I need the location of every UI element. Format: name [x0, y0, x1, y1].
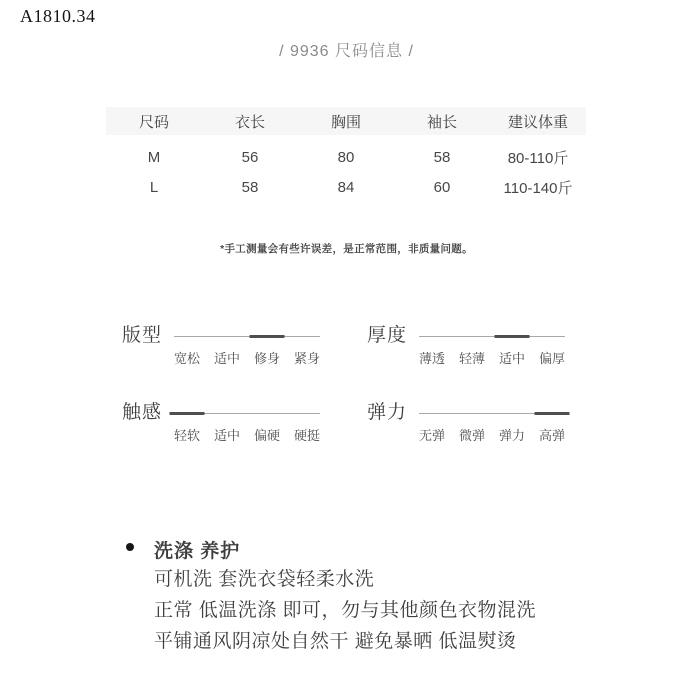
slider-options: 无弹 微弹 弹力 高弹: [419, 425, 565, 444]
attribute-slider: 薄透 轻薄 适中 偏厚: [419, 325, 565, 367]
col-header-weight: 建议体重: [490, 111, 586, 132]
slider-track: [174, 412, 320, 415]
cell-weight: 80-110斤: [490, 147, 586, 168]
care-section-title: 洗涤 养护: [154, 536, 240, 563]
product-info-sheet: A1810.34 / 9936 尺码信息 / 尺码 衣长 胸围 袖长 建议体重 …: [0, 0, 693, 680]
attribute-fit: 版型 宽松 适中 修身 紧身: [122, 325, 320, 367]
size-table-header-row: 尺码 衣长 胸围 袖长 建议体重: [106, 107, 586, 135]
slider-option: 微弹: [459, 425, 485, 444]
slider-option: 薄透: [419, 348, 445, 367]
slider-active-segment: [495, 335, 530, 338]
product-code: A1810.34: [20, 6, 96, 27]
attribute-slider: 无弹 微弹 弹力 高弹: [419, 402, 565, 444]
cell-size: M: [106, 149, 202, 166]
cell-bust: 84: [298, 179, 394, 196]
page-title: / 9936 尺码信息 /: [0, 38, 693, 61]
attribute-elasticity: 弹力 无弹 微弹 弹力 高弹: [367, 402, 565, 444]
cell-sleeve: 58: [394, 149, 490, 166]
bullet-icon: [126, 543, 134, 551]
slider-option: 无弹: [419, 425, 445, 444]
attribute-thickness: 厚度 薄透 轻薄 适中 偏厚: [367, 325, 565, 367]
slider-option: 修身: [254, 348, 280, 367]
care-instructions: 可机洗 套洗衣袋轻柔水洗 正常 低温洗涤 即可，勿与其他颜色衣物混洗 平铺通风阴…: [154, 564, 536, 657]
table-row: M 56 80 58 80-110斤: [106, 142, 586, 172]
cell-bust: 80: [298, 149, 394, 166]
slider-option: 适中: [499, 348, 525, 367]
slider-options: 宽松 适中 修身 紧身: [174, 348, 320, 367]
col-header-length: 衣长: [202, 111, 298, 132]
attribute-label: 版型: [122, 325, 164, 347]
slider-option: 轻软: [174, 425, 200, 444]
size-table: 尺码 衣长 胸围 袖长 建议体重 M 56 80 58 80-110斤 L 58…: [106, 107, 586, 202]
slider-option: 适中: [214, 348, 240, 367]
col-header-sleeve: 袖长: [394, 111, 490, 132]
slider-option: 宽松: [174, 348, 200, 367]
cell-size: L: [106, 179, 202, 196]
attribute-slider: 轻软 适中 偏硬 硬挺: [174, 402, 320, 444]
attribute-label: 厚度: [367, 325, 409, 347]
attribute-slider: 宽松 适中 修身 紧身: [174, 325, 320, 367]
slider-option: 弹力: [499, 425, 525, 444]
slider-active-segment: [535, 412, 570, 415]
slider-track: [174, 335, 320, 338]
attribute-label: 触感: [122, 402, 164, 424]
attribute-label: 弹力: [367, 402, 409, 424]
col-header-size: 尺码: [106, 111, 202, 132]
slider-track: [419, 412, 565, 415]
slider-option: 偏厚: [539, 348, 565, 367]
cell-sleeve: 60: [394, 179, 490, 196]
slider-active-segment: [170, 412, 205, 415]
cell-length: 56: [202, 149, 298, 166]
attribute-touch: 触感 轻软 适中 偏硬 硬挺: [122, 402, 320, 444]
cell-length: 58: [202, 179, 298, 196]
slider-option: 轻薄: [459, 348, 485, 367]
slider-option: 硬挺: [294, 425, 320, 444]
cell-weight: 110-140斤: [490, 177, 586, 198]
slider-option: 高弹: [539, 425, 565, 444]
care-line: 可机洗 套洗衣袋轻柔水洗: [154, 564, 536, 595]
slider-option: 紧身: [294, 348, 320, 367]
slider-options: 薄透 轻薄 适中 偏厚: [419, 348, 565, 367]
slider-track: [419, 335, 565, 338]
slider-option: 适中: [214, 425, 240, 444]
table-row: L 58 84 60 110-140斤: [106, 172, 586, 202]
care-line: 平铺通风阴凉处自然干 避免暴晒 低温熨烫: [154, 626, 536, 657]
care-line: 正常 低温洗涤 即可，勿与其他颜色衣物混洗: [154, 595, 536, 626]
slider-options: 轻软 适中 偏硬 硬挺: [174, 425, 320, 444]
col-header-bust: 胸围: [298, 111, 394, 132]
slider-active-segment: [250, 335, 285, 338]
measurement-note: *手工测量会有些许误差，是正常范围，非质量问题。: [0, 241, 693, 256]
slider-option: 偏硬: [254, 425, 280, 444]
